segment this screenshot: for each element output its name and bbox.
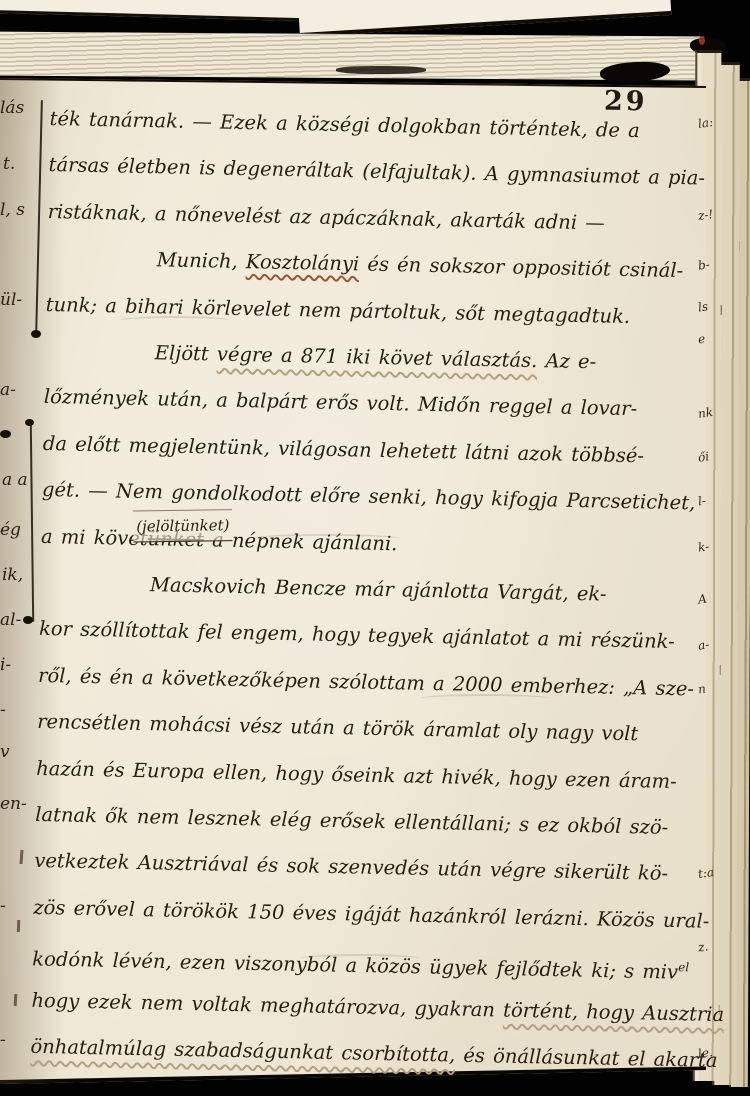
left-margin-fragment: v <box>0 742 10 762</box>
text-segment: gét. — Nem gondolkodott előre senki, hog… <box>42 478 696 514</box>
left-margin-fragment: - <box>0 700 6 720</box>
left-margin-fragment: a- <box>0 380 16 400</box>
text-segment: végre a 871 iki követ választás. <box>217 342 538 372</box>
manuscript-line: vetkeztek Ausztriával és sok szenvedés u… <box>34 846 668 889</box>
text-segment: a népnek ajánlani. <box>204 528 398 555</box>
right-edge-fragment: la: <box>697 115 714 131</box>
ink-blob <box>0 430 11 438</box>
right-edge-fragment: ői <box>697 449 710 464</box>
right-edge-fragment: t:a <box>697 865 715 881</box>
manuscript-line: rencsétlen mohácsi vész után a török ára… <box>37 707 639 749</box>
fold-dash <box>17 920 20 932</box>
left-margin-fragment: l, s <box>0 200 25 220</box>
text-segment: Munich, <box>156 248 246 273</box>
left-margin-fragment: ég <box>0 520 21 540</box>
text-segment: kor szóllítottak fel engem, hogy tegyek … <box>39 617 675 653</box>
left-margin-fragment: a a <box>2 470 28 490</box>
text-segment: társas életben is degeneráltak (elfajult… <box>48 153 705 190</box>
right-edge-fragment: z. <box>697 939 709 954</box>
manuscript-line: hogy ezek nem voltak meghatározva, gyakr… <box>31 985 724 1029</box>
text-segment: kodónk lévén, ezen viszonyból a közös üg… <box>32 948 678 984</box>
red-speck <box>699 36 705 45</box>
text-segment: lőzmények után, a balpárt erős volt. Mid… <box>44 385 638 420</box>
text-segment: tunk; a bihari körlevelet nem pártoltuk,… <box>46 293 631 328</box>
text-segment: hogy ezek nem voltak meghatározva, gyakr… <box>31 988 503 1021</box>
left-margin-fragment: i- <box>0 655 11 675</box>
manuscript-line: ről, és én a következőképen szólottam a … <box>38 661 694 705</box>
left-margin-fragment: ik, <box>2 565 23 585</box>
manuscript-line: lőzmények után, a balpárt erős volt. Mid… <box>44 382 638 424</box>
text-segment: hazán és Europa ellen, hogy őseink azt h… <box>36 756 677 792</box>
right-edge-fragment: a- <box>697 637 710 652</box>
fold-dash <box>14 994 18 1006</box>
right-edge-fragment: nk <box>697 405 714 421</box>
manuscript-line: tunk; a bihari körlevelet nem pártoltuk,… <box>45 290 630 332</box>
top-page-sliver-right <box>297 0 672 37</box>
text-segment: és én sokszor oppositiót csinál- <box>359 253 683 283</box>
manuscript-line: Eljött végre a 871 iki követ választás. … <box>154 338 596 377</box>
manuscript-line: ristáknak, a nőnevelést az apáczáknak, a… <box>47 197 605 238</box>
inserted-word: (jelöltünket) <box>133 509 233 542</box>
text-segment: történt, hogy Ausztria <box>503 998 724 1026</box>
text-segment: és önállásunkat el akarta <box>455 1044 718 1072</box>
text-segment: önhatalmúlag szabadságunkat csorbította, <box>30 1035 455 1067</box>
right-edge-fragment: A <box>697 591 708 606</box>
ink-blob <box>25 419 34 426</box>
text-segment: Macskovich Bencze már ajánlotta Vargát, … <box>150 573 607 605</box>
text-segment: ristáknak, a nőnevelést az apáczáknak, a… <box>47 200 605 234</box>
text-segment: vetkeztek Ausztriával és sok szenvedés u… <box>34 849 668 885</box>
manuscript-line: Munich, Kosztolányi és én sokszor opposi… <box>156 245 683 286</box>
manuscript-line: ték tanárnak. — Ezek a községi dolgokban… <box>49 104 640 146</box>
right-edge-fragment: z-! <box>697 207 714 223</box>
left-margin-fragment: - <box>0 1030 6 1050</box>
manuscript-line: latnak ők nem lesznek elég erősek ellent… <box>35 800 669 843</box>
manuscript-line: Macskovich Bencze már ajánlotta Vargát, … <box>150 570 607 609</box>
manuscript-line: hazán és Europa ellen, hogy őseink azt h… <box>36 753 677 796</box>
text-segment: da előtt megjelentünk, világosan lehetet… <box>43 432 645 467</box>
left-margin-fragment: en- <box>0 794 27 814</box>
text-segment: Kosztolányi <box>246 250 360 275</box>
manuscript-line: társas életben is degeneráltak (elfajult… <box>48 150 705 194</box>
manuscript-photo: 29 ték tanárnak. — Ezek a községi dolgok… <box>0 0 750 1096</box>
text-segment: Eljött <box>155 341 218 365</box>
text-segment: ről, és én a következőképen szólottam a … <box>38 664 694 701</box>
ink-blotch <box>336 66 426 74</box>
manuscript-line: da előtt megjelentünk, világosan lehetet… <box>43 429 645 471</box>
text-segment: latnak ők nem lesznek elég erősek ellent… <box>35 803 668 839</box>
right-edge-fragment: le. <box>697 1045 714 1061</box>
text-segment: zös erővel a törökök 150 éves igáját haz… <box>33 896 709 933</box>
manuscript-line: a mi követünket(jelöltünket) a népnek aj… <box>41 522 398 559</box>
manuscript-text: ték tanárnak. — Ezek a községi dolgokban… <box>30 100 712 1073</box>
text-segment: ték tanárnak. — Ezek a községi dolgokban… <box>49 107 640 142</box>
left-margin-fragment: t. <box>3 154 15 174</box>
left-margin-fragment: al- <box>0 610 21 630</box>
text-segment: el <box>678 960 689 974</box>
left-margin-fragment: lás <box>0 98 24 118</box>
text-segment: a mi követ <box>41 525 148 550</box>
text-segment: Az e- <box>537 349 596 373</box>
left-margin-fragment: - <box>0 896 6 916</box>
right-edge-fragment: k- <box>697 539 710 554</box>
manuscript-line: kodónk lévén, ezen viszonyból a közös üg… <box>32 939 689 988</box>
ink-blob <box>23 616 33 624</box>
ink-blob <box>31 330 41 338</box>
manuscript-line: kor szóllítottak fel engem, hogy tegyek … <box>39 614 675 657</box>
manuscript-line: zös erővel a törökök 150 éves igáját haz… <box>33 893 710 937</box>
left-margin-fragment: ül- <box>0 290 22 310</box>
right-edge-fragment: b- <box>697 257 711 272</box>
right-edge-fragment: ls <box>697 299 709 314</box>
text-segment: rencsétlen mohácsi vész után a török ára… <box>37 710 639 745</box>
